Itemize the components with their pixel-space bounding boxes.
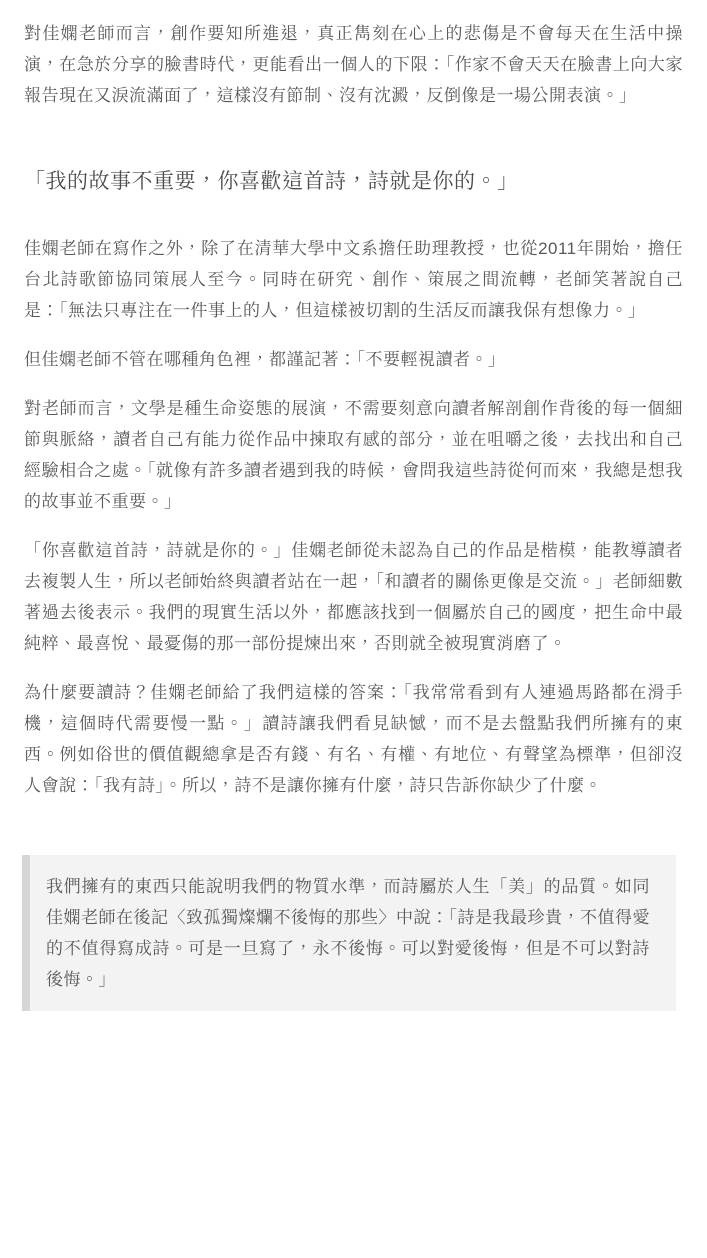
intro-paragraph: 對佳嫻老師而言，創作要知所進退，真正雋刻在心上的悲傷是不會每天在生活中操演，在急… <box>24 18 683 111</box>
article-paragraph: 「你喜歡這首詩，詩就是你的。」佳嫻老師從未認為自己的作品是楷模，能教導讀者去複製… <box>24 535 683 659</box>
pull-quote-text: 我們擁有的東西只能說明我們的物質水準，而詩屬於人生「美」的品質。如同佳嫻老師在後… <box>46 871 650 995</box>
article-body: 對佳嫻老師而言，創作要知所進退，真正雋刻在心上的悲傷是不會每天在生活中操演，在急… <box>0 18 707 1011</box>
article-paragraph: 為什麼要讀詩？佳嫻老師給了我們這樣的答案：「我常常看到有人連過馬路都在滑手機，這… <box>24 677 683 801</box>
article-paragraph: 佳嫻老師在寫作之外，除了在清華大學中文系擔任助理教授，也從2011年開始，擔任台… <box>24 233 683 326</box>
pull-quote: 我們擁有的東西只能說明我們的物質水準，而詩屬於人生「美」的品質。如同佳嫻老師在後… <box>22 855 676 1011</box>
article-paragraph: 對老師而言，文學是種生命姿態的展演，不需要刻意向讀者解剖創作背後的每一個細節與脈… <box>24 393 683 517</box>
article-paragraph: 但佳嫻老師不管在哪種角色裡，都謹記著：「不要輕視讀者。」 <box>24 344 683 375</box>
section-heading: 「我的故事不重要，你喜歡這首詩，詩就是你的。」 <box>24 167 683 197</box>
